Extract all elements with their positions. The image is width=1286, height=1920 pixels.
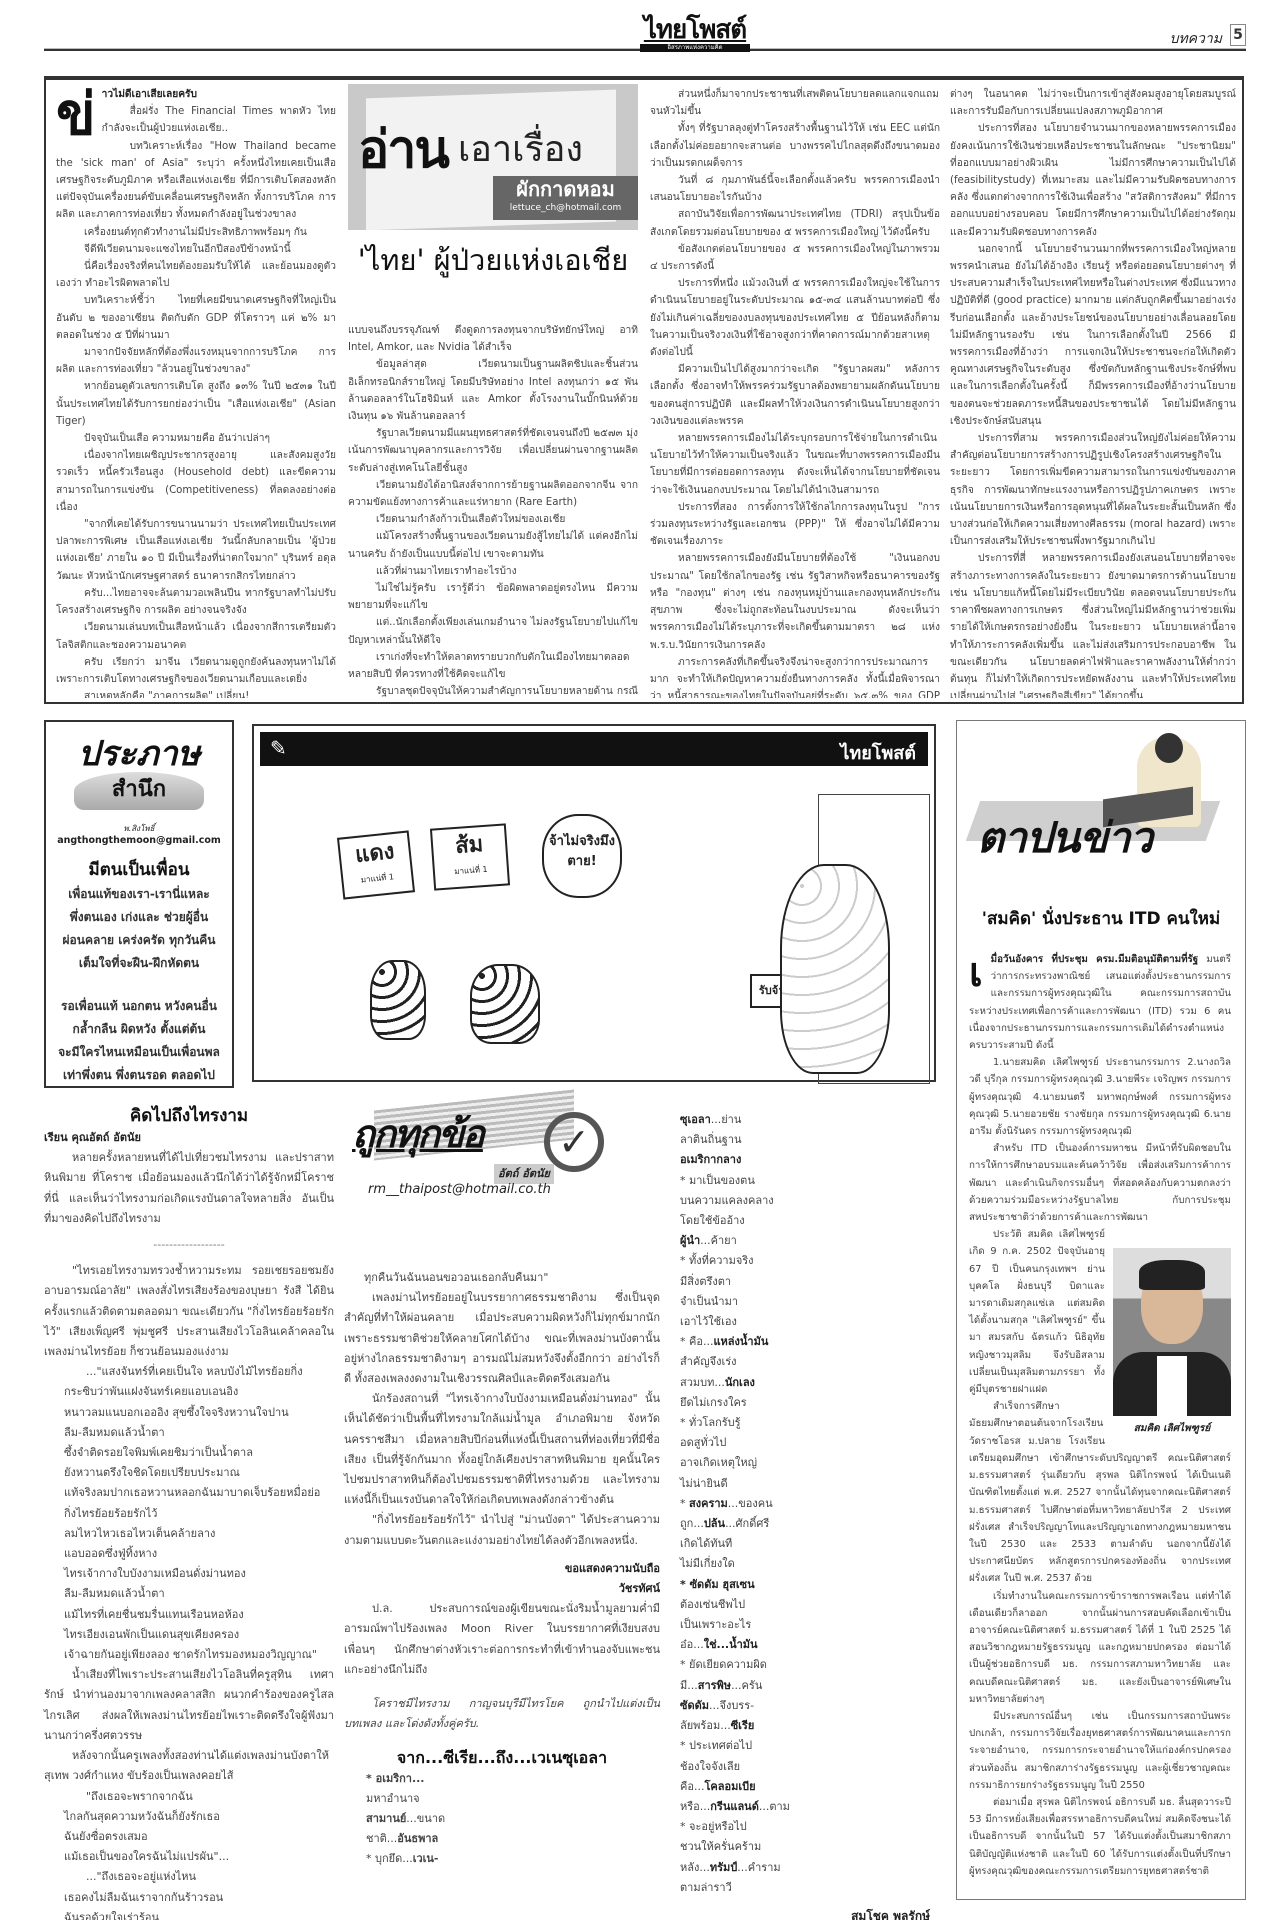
poem-line: จะมีใครไหนเหมือนเป็นเพื่อนพล xyxy=(46,1041,232,1064)
poem-title: มีตนเป็นเพื่อน xyxy=(46,856,232,883)
verse-line: * สงคราม...ของคน xyxy=(680,1494,930,1514)
photo-caption: สมคิด เลิศไพฑูรย์ xyxy=(1113,1420,1231,1437)
verse-line: * ประเทศต่อไป xyxy=(680,1736,930,1756)
paragraph: เวียดนามยังได้อานิสงส์จากการย้ายฐานผลิตอ… xyxy=(348,477,638,511)
verse-line: โดยใช้ข้ออ้าง xyxy=(680,1211,930,1231)
paragraph: ครับ...ไทยอาจจะล้นตามวอเพลินปีน ทากรัฐบา… xyxy=(56,585,336,619)
paragraph: ข้อสังเกตต่อนโยบายของ ๕ พรรคการเมืองใหญ่… xyxy=(650,241,940,275)
paragraph: เครื่องยนต์ทุกตัวทำงานไม่มีประสิทธิภาพพร… xyxy=(56,224,336,241)
paragraph: แต่..นักเลือกตั้งเพียงเล่นเกมอำนาจ ไม่ลง… xyxy=(348,614,638,648)
banner-title-big: อ่าน xyxy=(358,122,448,178)
article-column-3: ส่วนหนึ่งก็มาจากประชาชนที่เสพติดนโยบายลด… xyxy=(650,86,940,698)
article-headline: 'ไทย' ผู้ป่วยแห่งเอเชีย xyxy=(348,240,638,280)
paragraph: ประการที่หนึ่ง แม้วงเงินที่ ๕ พรรคการเมื… xyxy=(650,275,940,361)
paragraph: แบบจนถึงบรรจุภัณฑ์ ดึงดูดการลงทุนจากบริษ… xyxy=(348,322,638,356)
paragraph: สื่อฝรั่ง The Financial Times พาดหัว ไทย… xyxy=(56,103,336,137)
speech-bubble: จ้าไม่จริงมึง ตาย! xyxy=(542,814,622,898)
verse-line: มหาอำนาจ xyxy=(344,1789,660,1809)
verse-line: ยึดไม่เกรงใคร xyxy=(680,1393,930,1413)
verse-line: อาจเกิดเหตุใหญ่ xyxy=(680,1453,930,1473)
verse-line: ลาตินถิ่นฐาน xyxy=(680,1130,930,1150)
poem-signature: สมโชค พลรักษ์ xyxy=(680,1906,930,1920)
letter-salutation: เรียน คุณอัตถ์ อัตนัย xyxy=(44,1128,334,1148)
verse-line: ไทรเอียงเอนพักเป็นแดนสุขเคียงครอง xyxy=(44,1625,334,1645)
column-email: rm__thaipost@hotmail.co.th xyxy=(368,1180,551,1200)
verse-line: ซึ้งจำติดรอยใจพิมพ์เคยชิมว่าเป็นน้ำตาล xyxy=(44,1443,334,1463)
verse-line: ลืม-ลืมหมดแล้วน้ำตา xyxy=(44,1423,334,1443)
verse-line: สวมบท...นักเลง xyxy=(680,1373,930,1393)
verse-line: คือ...โคลอมเบีย xyxy=(680,1777,930,1797)
verse-line: * คือ...แหล่งน้ำมัน xyxy=(680,1332,930,1352)
article-column-1: ข่ าวไม่ดีเอาเสียเลยครับ สื่อฝรั่ง The F… xyxy=(56,86,336,698)
column-logo-tuk-tuk-kor: ถูกทุกข้อ ✓ อัตถ์ อัตนัย rm__thaipost@ho… xyxy=(344,1090,660,1210)
paragraph: หลายพรรคการเมืองยังมีนโยบายที่ต้องใช้ "เ… xyxy=(650,550,940,653)
protest-sign-red: แดง มาแน่ที่ 1 xyxy=(337,830,415,899)
paragraph: บทวิเคราะห์ชี้ว่า ไทยที่เคยมีขนาดเศรษฐกิ… xyxy=(56,292,336,344)
news-body: เ มื่อวันอังคาร ที่ประชุม ครม.มีมติอนุมั… xyxy=(969,951,1231,1880)
verse-line: * บุกยึด...เวเน- xyxy=(344,1849,660,1869)
paragraph: แม้โครงสร้างพื้นฐานของเวียดนามยังสู้ไทยไ… xyxy=(348,528,638,562)
verse-line: ไม่มีเกี่ยงใด xyxy=(680,1554,930,1574)
paragraph: ภาระการคลังที่เกิดขึ้นจริงจึงน่าจะสูงกว่… xyxy=(650,654,940,698)
banner-title-small: เอาเรื่อง xyxy=(458,130,583,170)
paragraph: "จากที่เคยได้รับการขนานนามว่า ประเทศไทยเ… xyxy=(56,516,336,585)
verse-line: ซุเอลา...ย่าน xyxy=(680,1110,930,1130)
newspaper-logo: ไทยโพสต์ อิสรภาพแห่งความคิด xyxy=(640,16,750,52)
verse-line: กระซิบว่าพันแฝงจันทร์เคยแอบเอนอิง xyxy=(44,1382,334,1402)
poem-line: พึ่งตนเอง เก่งและ ช่วยผู้อื่น xyxy=(46,906,232,929)
editorial-cartoon: ✎ ไทยโพสต์ แดง มาแน่ที่ 1 ส้ม มาแน่ที่ 1… xyxy=(252,724,936,1082)
news-column: ตาปนข่าว 'สมคิด' นั่งประธาน ITD คนใหม่ เ… xyxy=(956,720,1246,1900)
verse-line: * ทั่วโลกรับรู้ xyxy=(680,1413,930,1433)
poem-headline: จาก...ซีเรีย...ถึง...เวเนซุเอลา xyxy=(344,1748,660,1768)
paragraph: หลายพรรคการเมืองไม่ได้ระบุกรอบการใช้จ่าย… xyxy=(650,430,940,499)
verse-line: แม้ไทรที่เคยชื่นชมรื่นแทนเรือนหอห้อง xyxy=(44,1605,334,1625)
paragraph: น้ำเสียงที่ไพเราะประสานเสียงไวโอลินที่คร… xyxy=(44,1665,334,1746)
verse-line: อดสูทั่วไป xyxy=(680,1433,930,1453)
verse-line: บนความแคลงคลาง xyxy=(680,1191,930,1211)
paragraph: เวียดนามเล่นบทเป็นเสือหน้าแล้ว เนื่องจาก… xyxy=(56,619,336,653)
paragraph: หลายครั้งหลายหนที่ได้ไปเที่ยวชมไทรงาม แล… xyxy=(44,1148,334,1229)
paragraph: เริ่มทำงานในคณะกรรมการข้าราชการพลเรือน แ… xyxy=(969,1588,1231,1708)
verse-line: * มาเป็นของตน xyxy=(680,1171,930,1191)
letter-title: คิดไปถึงไทรงาม xyxy=(44,1104,334,1128)
verse-line: ..."ถึงเธอจะอยู่แห่งไหน xyxy=(44,1867,334,1887)
poem-logo-ribbon: สำนึก xyxy=(74,772,204,810)
paragraph: ครับ เรียกว่า มาจีน เวียดนามดูถูกยังค้นล… xyxy=(56,654,336,688)
banner-author: ผักกาดหอม xyxy=(493,176,638,202)
verse-line: มี...สารพิษ...ครัน xyxy=(680,1676,930,1696)
paragraph: หากย้อนดูตัวเลขการเติบโต สูงถึง ๑๓% ในปี… xyxy=(56,378,336,430)
paragraph: เนื่องจากไทยเผชิญประชากรสูงอายุ และสังคม… xyxy=(56,447,336,516)
paragraph: สาเหตุหลักคือ "ภาคการผลิต" เปลี่ยน! xyxy=(56,688,336,698)
cartoon-figure xyxy=(470,964,540,1044)
logo-tagline: อิสรภาพแห่งความคิด xyxy=(640,44,750,52)
paragraph: เพลงม่านไทรย้อยอยู่ในบรรยากาศธรรมชาติงาม… xyxy=(344,1288,660,1389)
paragraph: ส่วนหนึ่งก็มาจากประชาชนที่เสพติดนโยบายลด… xyxy=(650,86,940,120)
article-column-2: แบบจนถึงบรรจุภัณฑ์ ดึงดูดการลงทุนจากบริษ… xyxy=(348,322,638,698)
paragraph: แล้วที่ผ่านมาไทยเราทำอะไรบ้าง xyxy=(348,563,638,580)
paragraph: 1.นายสมคิด เลิศไพฑูรย์ ประธานกรรมการ 2.น… xyxy=(969,1054,1231,1140)
top-article: ข่ าวไม่ดีเอาเสียเลยครับ สื่อฝรั่ง The F… xyxy=(44,76,1244,704)
banner-author-band: ผักกาดหอม lettuce_ch@hotmail.com xyxy=(493,176,638,220)
verse-line: เป็นเพราะอะไร xyxy=(680,1615,930,1635)
news-column-logo-text: ตาปนข่าว xyxy=(977,805,1152,871)
portrait-photo xyxy=(1113,1248,1231,1416)
paragraph: ไม่ใช่ไม่รู้ครับ เรารู้ดีว่า ข้อผิดพลาดอ… xyxy=(348,580,638,614)
paragraph: ประการที่สาม พรรคการเมืองส่วนใหญ่ยังไม่ค… xyxy=(950,430,1236,550)
banner-email: lettuce_ch@hotmail.com xyxy=(493,202,638,214)
paragraph: บทวิเคราะห์เรื่อง "How Thailand became t… xyxy=(56,138,336,224)
poem-line: เต็มใจที่จะฝืน-ฝึกหัดตน xyxy=(46,952,232,975)
news-headline: 'สมคิด' นั่งประธาน ITD คนใหม่ xyxy=(957,905,1245,932)
paragraph: ประการที่สอง การตั้งการให้ใช้กลไกการลงทุ… xyxy=(650,499,940,551)
verse-line: * ทั้งที่ความจริง xyxy=(680,1251,930,1271)
paragraph: มีประสบการณ์อื่นๆ เช่น เป็นกรรมการสถาบัน… xyxy=(969,1708,1231,1794)
verse-line: อ๋อ...ใช่...น้ำมัน xyxy=(680,1635,930,1655)
verse-line: หลัง...ทรัมป์...คำราม xyxy=(680,1858,930,1878)
dropcap: ข่ xyxy=(56,86,96,142)
letter-signature: วัชรทัศน์ xyxy=(344,1579,660,1599)
verse-line: * จะอยู่หรือไป xyxy=(680,1817,930,1837)
dropcap: เ xyxy=(969,951,983,995)
divider: ------------------ xyxy=(44,1235,334,1255)
editor-note: โคราชมีไทรงาม กาญจนบุรีมีไทรโยค ถูกนำไปแ… xyxy=(344,1694,660,1734)
letter-column-continued: ถูกทุกข้อ ✓ อัตถ์ อัตนัย rm__thaipost@ho… xyxy=(344,1090,660,1870)
verse-line: หนาวลมแนบอกเอออิง สุขซึ้งใจจริงหวานใจปาน xyxy=(44,1403,334,1423)
letter-article: คิดไปถึงไทรงาม เรียน คุณอัตถ์ อัตนัย หลา… xyxy=(44,1104,334,1920)
column-logo-text: ถูกทุกข้อ xyxy=(352,1124,483,1144)
cartoon-figure-pollster xyxy=(780,864,890,1074)
verse-line: ผู้นำ...ค้ายา xyxy=(680,1231,930,1251)
verse-line: ลมไหวไหวเธอไหวเต็นคล้ายลาง xyxy=(44,1524,334,1544)
verse-line: ยังหวานตรึงใจชิดโดยเปรียบประมาณ xyxy=(44,1463,334,1483)
verse-line: ..."แสงจันทร์ที่เคยเป็นใจ หลบบังไม้ไทรย้… xyxy=(44,1362,334,1382)
poem-line: กล้ำกลืน ผิดหวัง ตั้งแต่ต้น xyxy=(46,1018,232,1041)
verse-line: ฉันรอด้วยใจเร่าร้อน xyxy=(44,1908,334,1920)
paragraph: วันที่ ๘ กุมภาพันธ์นี้จะเลือกตั้งแล้วครั… xyxy=(650,172,940,206)
verse-line: ชวนให้ครั่นคร้าม xyxy=(680,1837,930,1857)
poem-line: รอเพื่อนแท้ นอกตน หวังคนอื่น xyxy=(46,995,232,1018)
paragraph: ข้อมูลล่าสุด เวียดนามเป็นฐานผลิตชิปและชิ… xyxy=(348,356,638,425)
paragraph: "กิ่งไทรย้อยร้อยรักไว้" นำไปสู่ "ม่านบัง… xyxy=(344,1510,660,1550)
paragraph: นอกจากนี้ นโยบายจำนวนมากที่พรรคการเมืองใ… xyxy=(950,241,1236,430)
poem-byline: พ.สิงโพธิ์ xyxy=(46,822,232,835)
paragraph: ประการที่สอง นโยบายจำนวนมากของหลายพรรคกา… xyxy=(950,120,1236,240)
news-lead: มื่อวันอังคาร ที่ประชุม ครม.มีมติอนุมัติ… xyxy=(991,954,1199,965)
verse-line: ไทรเจ้ากางใบบังงามเหมือนดั่งม่านทอง xyxy=(44,1564,334,1584)
paragraph: มีความเป็นไปได้สูงมากว่าจะเกิด "รัฐบาลผส… xyxy=(650,361,940,430)
masthead: ไทยโพสต์ อิสรภาพแห่งความคิด บทความ 5 xyxy=(0,0,1286,60)
paragraph: เราเก่งที่จะทำให้ตลาดทรายบวกกับดักในเมือ… xyxy=(348,649,638,683)
poem-column-logo: ประภาษ สำนึก xyxy=(64,736,214,818)
paragraph: นี่คือเรื่องจริงที่คนไทยต้องยอมรับให้ได้… xyxy=(56,258,336,292)
verse-line: ช้องใจจังเลีย xyxy=(680,1757,930,1777)
verse-line: หรือ...กรีนแลนด์...ตาม xyxy=(680,1797,930,1817)
page-number: 5 xyxy=(1230,24,1246,46)
paragraph: นักร้องสถานที่ "ไทรเจ้ากางใบบังงามเหมือน… xyxy=(344,1389,660,1510)
paragraph: ทั้งๆ ที่รัฐบาลลุงตู่ทำโครงสร้างพื้นฐานไ… xyxy=(650,120,940,172)
verse-line: ชาติ...อันธพาล xyxy=(344,1829,660,1849)
verse-line: ถูก...ปล้น...ศักดิ์ศรี xyxy=(680,1514,930,1534)
cartoon-bar-logo: ไทยโพสต์ xyxy=(840,738,916,767)
paragraph: มาจากปัจจัยหลักที่ต้องพึ่งแรงหมุนจากการบ… xyxy=(56,344,336,378)
verse-line: แม้เธอเป็นของใครฉันไม่แปรผัน"... xyxy=(44,1847,334,1867)
sign-text: ส้ม xyxy=(432,826,506,867)
postscript: ป.ล. ประสบการณ์ของผู้เขียนขณะนั่งริมน้ำม… xyxy=(344,1599,660,1680)
poem-start: * อเมริกา... มหาอำนาจ สามานย์...ขนาด ชาต… xyxy=(344,1769,660,1870)
paragraph: ปัจจุบันเป็นเสือ ความหมายคือ อันว่าเปล่า… xyxy=(56,430,336,447)
verse-line: เธอคงไม่ลืมฉันเราจากกันร้าวรอน xyxy=(44,1888,334,1908)
article-column-4: ต่างๆ ในอนาคต ไม่ว่าจะเป็นการเข้าสู่สังค… xyxy=(950,86,1236,698)
paragraph: "ไทรเอยไทรงามทรวงช้ำหวามระทม รอยเชยรอยชม… xyxy=(44,1261,334,1362)
verse-line: ไม่น่ายินดี xyxy=(680,1474,930,1494)
verse-line: * อเมริกา... xyxy=(344,1769,660,1789)
verse-line: เจ้าฉายกันอยู่เพียงลอง ชาดรักไทรมองหมองว… xyxy=(44,1645,334,1665)
poem-box: ประภาษ สำนึก พ.สิงโพธิ์ angthongthemoon@… xyxy=(44,720,234,1088)
verse-line: ไกลกันสุดความหวังฉันก็ยังรักเธอ xyxy=(44,1807,334,1827)
verse-line: ทุกคืนวันฉันนอนขอวอนเธอกลับคืนมา" xyxy=(344,1268,660,1288)
news-column-logo: ตาปนข่าว xyxy=(957,731,1245,871)
poem-email: angthongthemoon@gmail.com xyxy=(46,835,232,846)
paragraph: รัฐบาลชุดปัจจุบันให้ความสำคัญการนโยบายหล… xyxy=(348,683,638,698)
protest-sign-orange: ส้ม มาแน่ที่ 1 xyxy=(430,823,510,890)
poem-logo-script: ประภาษ xyxy=(64,736,214,772)
verse-line: * ยัดเยียดความผิด xyxy=(680,1655,930,1675)
paragraph: ประการที่สี่ หลายพรรคการเมืองยังเสนอนโยบ… xyxy=(950,550,1236,698)
verse-line: สำคัญจึงเร่ง xyxy=(680,1352,930,1372)
verse-line: ฉันยังซื่อตรงเสมอ xyxy=(44,1827,334,1847)
verse-line: ต้องเซ่นชีพไป xyxy=(680,1595,930,1615)
letter-closing: ขอแสดงความนับถือ xyxy=(344,1559,660,1579)
verse-line: อเมริกากลาง xyxy=(680,1150,930,1170)
paragraph: รัฐบาลเวียดนามมีแผนยุทธศาสตร์ที่ชัดเจนจน… xyxy=(348,425,638,477)
paragraph: ต่อมาเมื่อ สุรพล นิติไกรพจน์ อธิการบดี ม… xyxy=(969,1794,1231,1880)
paragraph: มนตรีว่าการกระทรวงพาณิชย์ เสนอแต่งตั้งปร… xyxy=(969,954,1231,1051)
poem-continued: ซุเอลา...ย่านลาตินถิ่นฐานอเมริกากลาง* มา… xyxy=(680,1110,930,1920)
poem-line: เท่าพึ่งตน พึ่งตนรอด ตลอดไป xyxy=(46,1064,232,1087)
cartoonist-mascot-icon: ✎ xyxy=(270,736,287,760)
paragraph: สถาบันวิจัยเพื่อการพัฒนาประเทศไทย (TDRI)… xyxy=(650,206,940,240)
cartoon-figure xyxy=(370,960,426,1040)
poem-line: ผ่อนคลาย เคร่งครัด ทุกวันคืน xyxy=(46,929,232,952)
verse-line: เอาไว้ใช้เอง xyxy=(680,1312,930,1332)
verse-line: ลัยพร้อม...ซีเรีย xyxy=(680,1716,930,1736)
verse-line: จำเป็นนำมา xyxy=(680,1292,930,1312)
cartoon-drawing: แดง มาแน่ที่ 1 ส้ม มาแน่ที่ 1 จ้าไม่จริง… xyxy=(260,774,928,1074)
paragraph: เวียดนามกำลังก้าวเป็นเสือตัวใหม่ของเอเชี… xyxy=(348,511,638,528)
verse-line: แอบออดซึ่งฟู่ทิ้งหาง xyxy=(44,1544,334,1564)
verse-line: ตามล่าราวี xyxy=(680,1878,930,1898)
verse-line: แท้จริงลมปากเธอหวานหลอกฉันมาบาดเจ็บร้อยห… xyxy=(44,1483,334,1503)
logo-text: ไทยโพสต์ xyxy=(640,16,750,44)
verse-line: ซัดดัม...จึงบรร- xyxy=(680,1696,930,1716)
verse-line: มีสิ่งตรึงตา xyxy=(680,1272,930,1292)
paragraph: จีดีพีเวียดนามจะแซงไทยในอีกปีสองปีข้างหน… xyxy=(56,241,336,258)
section-label: บทความ xyxy=(1170,28,1222,50)
verse-line: สามานย์...ขนาด xyxy=(344,1809,660,1829)
verse-line: * ซัดดัม ฮุสเซน xyxy=(680,1575,930,1595)
verse-line: "ถึงเธอจะพรากจากฉัน xyxy=(44,1787,334,1807)
paragraph: หลังจากนั้นครูเพลงทั้งสองท่านได้แต่งเพลง… xyxy=(44,1746,334,1786)
checkmark-icon: ✓ xyxy=(544,1112,604,1172)
verse-line: เกิดได้ทันที xyxy=(680,1534,930,1554)
paragraph: ต่างๆ ในอนาคต ไม่ว่าจะเป็นการเข้าสู่สังค… xyxy=(950,86,1236,120)
verse-line: กิ่งไทรย้อยร้อยรักไว้ xyxy=(44,1504,334,1524)
poem-line: เพื่อนแท้ของเรา-เรานี่แหละ xyxy=(46,883,232,906)
cartoon-header-bar: ✎ ไทยโพสต์ xyxy=(260,732,928,766)
column-banner: อ่าน เอาเรื่อง ผักกาดหอม lettuce_ch@hotm… xyxy=(348,84,638,230)
paragraph: สำหรับ ITD เป็นองค์การมหาชน มีหน้าที่รับ… xyxy=(969,1140,1231,1226)
article-lead: าวไม่ดีเอาเสียเลยครับ xyxy=(56,86,336,103)
verse-line: ลืม-ลืมหมดแล้วน้ำตา xyxy=(44,1584,334,1604)
